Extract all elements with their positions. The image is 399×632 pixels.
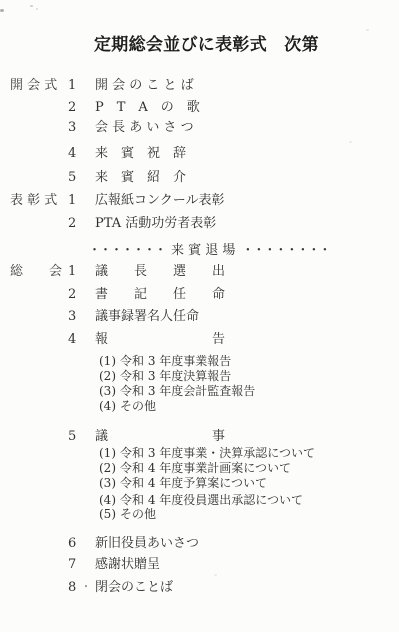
agenda-row: 2 PTA 活動功労者表彰: [0, 215, 399, 233]
agenda-sub-row: (2) 令和 3 年度決算報告: [0, 368, 399, 384]
sub-item-text: 令和 3 年度決算報告: [120, 368, 231, 384]
agenda-row: 8 ・ 閉会のことば: [0, 579, 399, 597]
sub-item-marker: (1): [99, 353, 116, 369]
agenda-sub-row: (3) 令和 4 年度予算案について: [0, 475, 399, 491]
sub-item-marker: (4): [99, 398, 116, 414]
dots-left: ・・・・・・・: [88, 242, 165, 260]
agenda-row: 3 議事録署名人任命: [0, 308, 399, 326]
sub-item-marker: (3): [99, 383, 116, 399]
item-text: 会 長 あ い さ つ: [95, 119, 194, 137]
scan-speck: [214, 574, 217, 576]
agenda-row: 2 P T A の 歌: [0, 99, 399, 117]
scan-speck: [36, 8, 38, 10]
item-text: 新旧役員あいさつ: [95, 535, 199, 553]
agenda-row: 総 会 1 議 長 選 出: [0, 263, 399, 281]
item-text: 議事録署名人任命: [95, 308, 199, 326]
sub-item-text: その他: [120, 398, 156, 414]
scan-speck: [366, 29, 369, 31]
section-label-general-meeting: 総 会: [10, 263, 62, 281]
item-number: 8: [68, 579, 76, 597]
scan-speck: [30, 5, 33, 7]
agenda-row: 5 議 事: [0, 428, 399, 446]
item-text: 来 賓 紹 介: [95, 169, 186, 187]
item-number: 1: [68, 77, 76, 95]
sub-item-text: その他: [120, 506, 156, 522]
guest-exit-line: ・・・・・・・ 来 賓 退 場 ・・・・・・・・: [88, 242, 399, 260]
agenda-row: 7 感謝状贈呈: [0, 556, 399, 574]
page-title: 定期総会並びに表彰式 次第: [94, 30, 319, 55]
sub-item-text: 令和 3 年度事業報告: [120, 353, 231, 369]
item-number: 7: [68, 556, 76, 574]
agenda-row: 2 書 記 任 命: [0, 286, 399, 304]
item-text: 感謝状贈呈: [95, 556, 160, 574]
item-text: P T A の 歌: [95, 99, 200, 117]
item-text: 来 賓 祝 辞: [95, 145, 186, 163]
sub-item-marker: (3): [99, 475, 116, 491]
agenda-sub-row: (2) 令和 4 年度事業計画案について: [0, 460, 399, 476]
scan-edge-mark: [0, 9, 4, 12]
agenda-sub-row: (1) 令和 3 年度事業報告: [0, 353, 399, 369]
agenda-row: 4 来 賓 祝 辞: [0, 145, 399, 163]
item-text: 報 告: [95, 331, 225, 349]
agenda-sub-row: (4) その他: [0, 398, 399, 414]
section-label-award-ceremony: 表 彰 式: [10, 192, 57, 210]
agenda-sub-row: (3) 令和 3 年度会計監査報告: [0, 383, 399, 399]
stray-dot-mark: ・: [81, 579, 91, 597]
item-text: 議 長 選 出: [95, 263, 225, 281]
sub-item-text: 令和 4 年度事業計画案について: [120, 460, 291, 476]
item-number: 5: [68, 169, 76, 187]
agenda-sub-row: (5) その他: [0, 506, 399, 522]
guest-exit-label: 来 賓 退 場: [171, 242, 235, 260]
sub-item-marker: (2): [99, 368, 116, 384]
section-label-opening-ceremony: 開 会 式: [10, 77, 57, 95]
item-text: 広報紙コンクール表彰: [95, 192, 224, 210]
agenda-row: 6 新旧役員あいさつ: [0, 535, 399, 553]
item-number: 3: [68, 308, 76, 326]
item-text: 議 事: [95, 428, 225, 446]
agenda-sub-row: (1) 令和 3 年度事業・決算承認について: [0, 445, 399, 461]
agenda-row: 開 会 式 1 開 会 の こ と ば: [0, 77, 399, 95]
item-text: 開 会 の こ と ば: [95, 77, 194, 95]
item-number: 4: [68, 145, 76, 163]
item-number: 2: [68, 286, 76, 304]
scan-speck: [349, 141, 352, 143]
agenda-row: 表 彰 式 1 広報紙コンクール表彰: [0, 192, 399, 210]
sub-item-text: 令和 3 年度会計監査報告: [120, 383, 255, 399]
item-text: 書 記 任 命: [95, 286, 225, 304]
item-text: PTA 活動功労者表彰: [95, 215, 216, 233]
sub-item-marker: (5): [99, 506, 116, 522]
item-text: 閉会のことば: [95, 579, 173, 597]
agenda-row: 4 報 告: [0, 331, 399, 349]
sub-item-marker: (1): [99, 445, 116, 461]
sub-item-text: 令和 3 年度事業・決算承認について: [120, 445, 315, 461]
sub-item-text: 令和 4 年度予算案について: [120, 475, 267, 491]
sub-item-marker: (2): [99, 460, 116, 476]
item-number: 2: [68, 215, 76, 233]
item-number: 1: [68, 263, 76, 281]
item-number: 3: [68, 119, 76, 137]
item-number: 6: [68, 535, 76, 553]
agenda-row: 3 会 長 あ い さ つ: [0, 119, 399, 137]
item-number: 4: [68, 331, 76, 349]
agenda-row: 5 来 賓 紹 介: [0, 169, 399, 187]
item-number: 1: [68, 192, 76, 210]
dots-right: ・・・・・・・・: [241, 242, 329, 260]
item-number: 2: [68, 99, 76, 117]
item-number: 5: [68, 428, 76, 446]
